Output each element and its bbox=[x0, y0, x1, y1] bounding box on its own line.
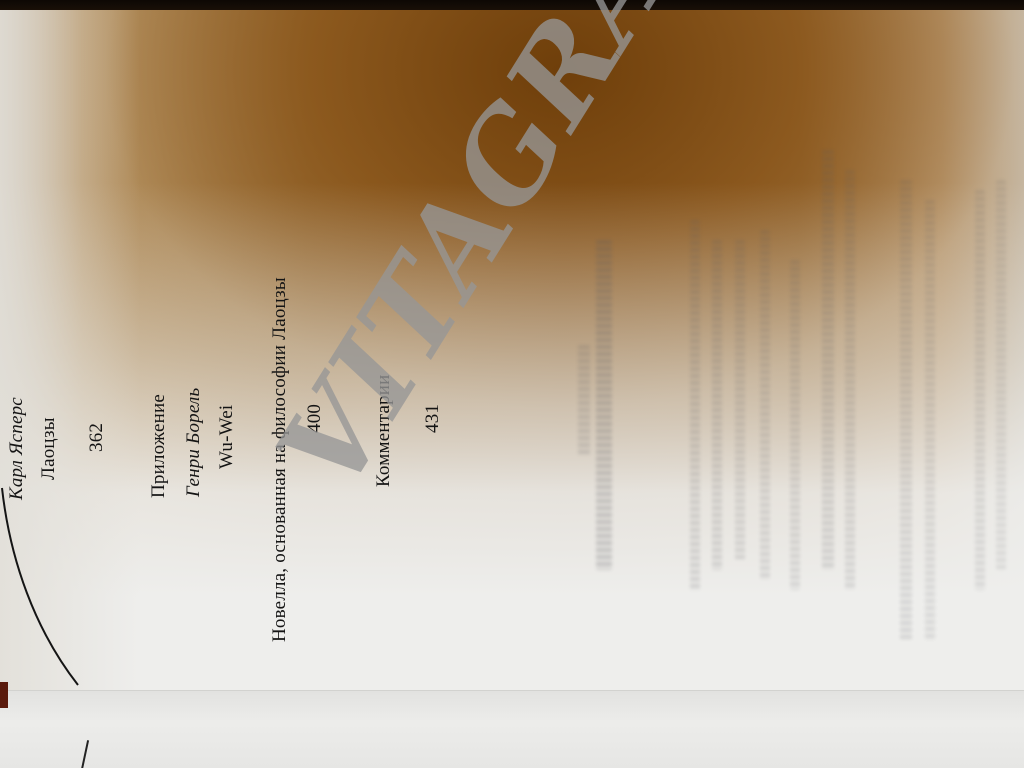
toc-page-362: 362 bbox=[86, 423, 108, 452]
book-photo: Карл Ясперс Лаоцзы 362 Приложение Генри … bbox=[0, 0, 1024, 768]
bleed-through-line bbox=[822, 150, 834, 570]
next-leaf bbox=[0, 690, 1024, 768]
toc-title-laozi: Лаоцзы bbox=[38, 417, 60, 480]
bleed-through-line bbox=[760, 230, 770, 580]
bleed-through-line bbox=[900, 180, 912, 640]
bleed-through-line bbox=[845, 170, 855, 590]
toc-author-jaspers: Карл Ясперс bbox=[6, 397, 28, 500]
toc-title-wuwei: Wu-Wei bbox=[216, 405, 238, 469]
bleed-through-line bbox=[735, 240, 745, 560]
bleed-through-line bbox=[578, 345, 590, 455]
bleed-through-line bbox=[996, 180, 1006, 570]
bleed-through-line bbox=[925, 200, 935, 640]
toc-section-appendix: Приложение bbox=[148, 394, 170, 498]
ornament-curve bbox=[0, 480, 90, 690]
bleed-through-line bbox=[690, 220, 700, 590]
bleed-through-heading bbox=[596, 240, 612, 570]
bleed-through-line bbox=[975, 190, 985, 590]
bleed-through-line bbox=[790, 260, 800, 590]
bleed-through-line bbox=[712, 240, 722, 570]
toc-author-borel: Генри Борель bbox=[183, 388, 205, 497]
